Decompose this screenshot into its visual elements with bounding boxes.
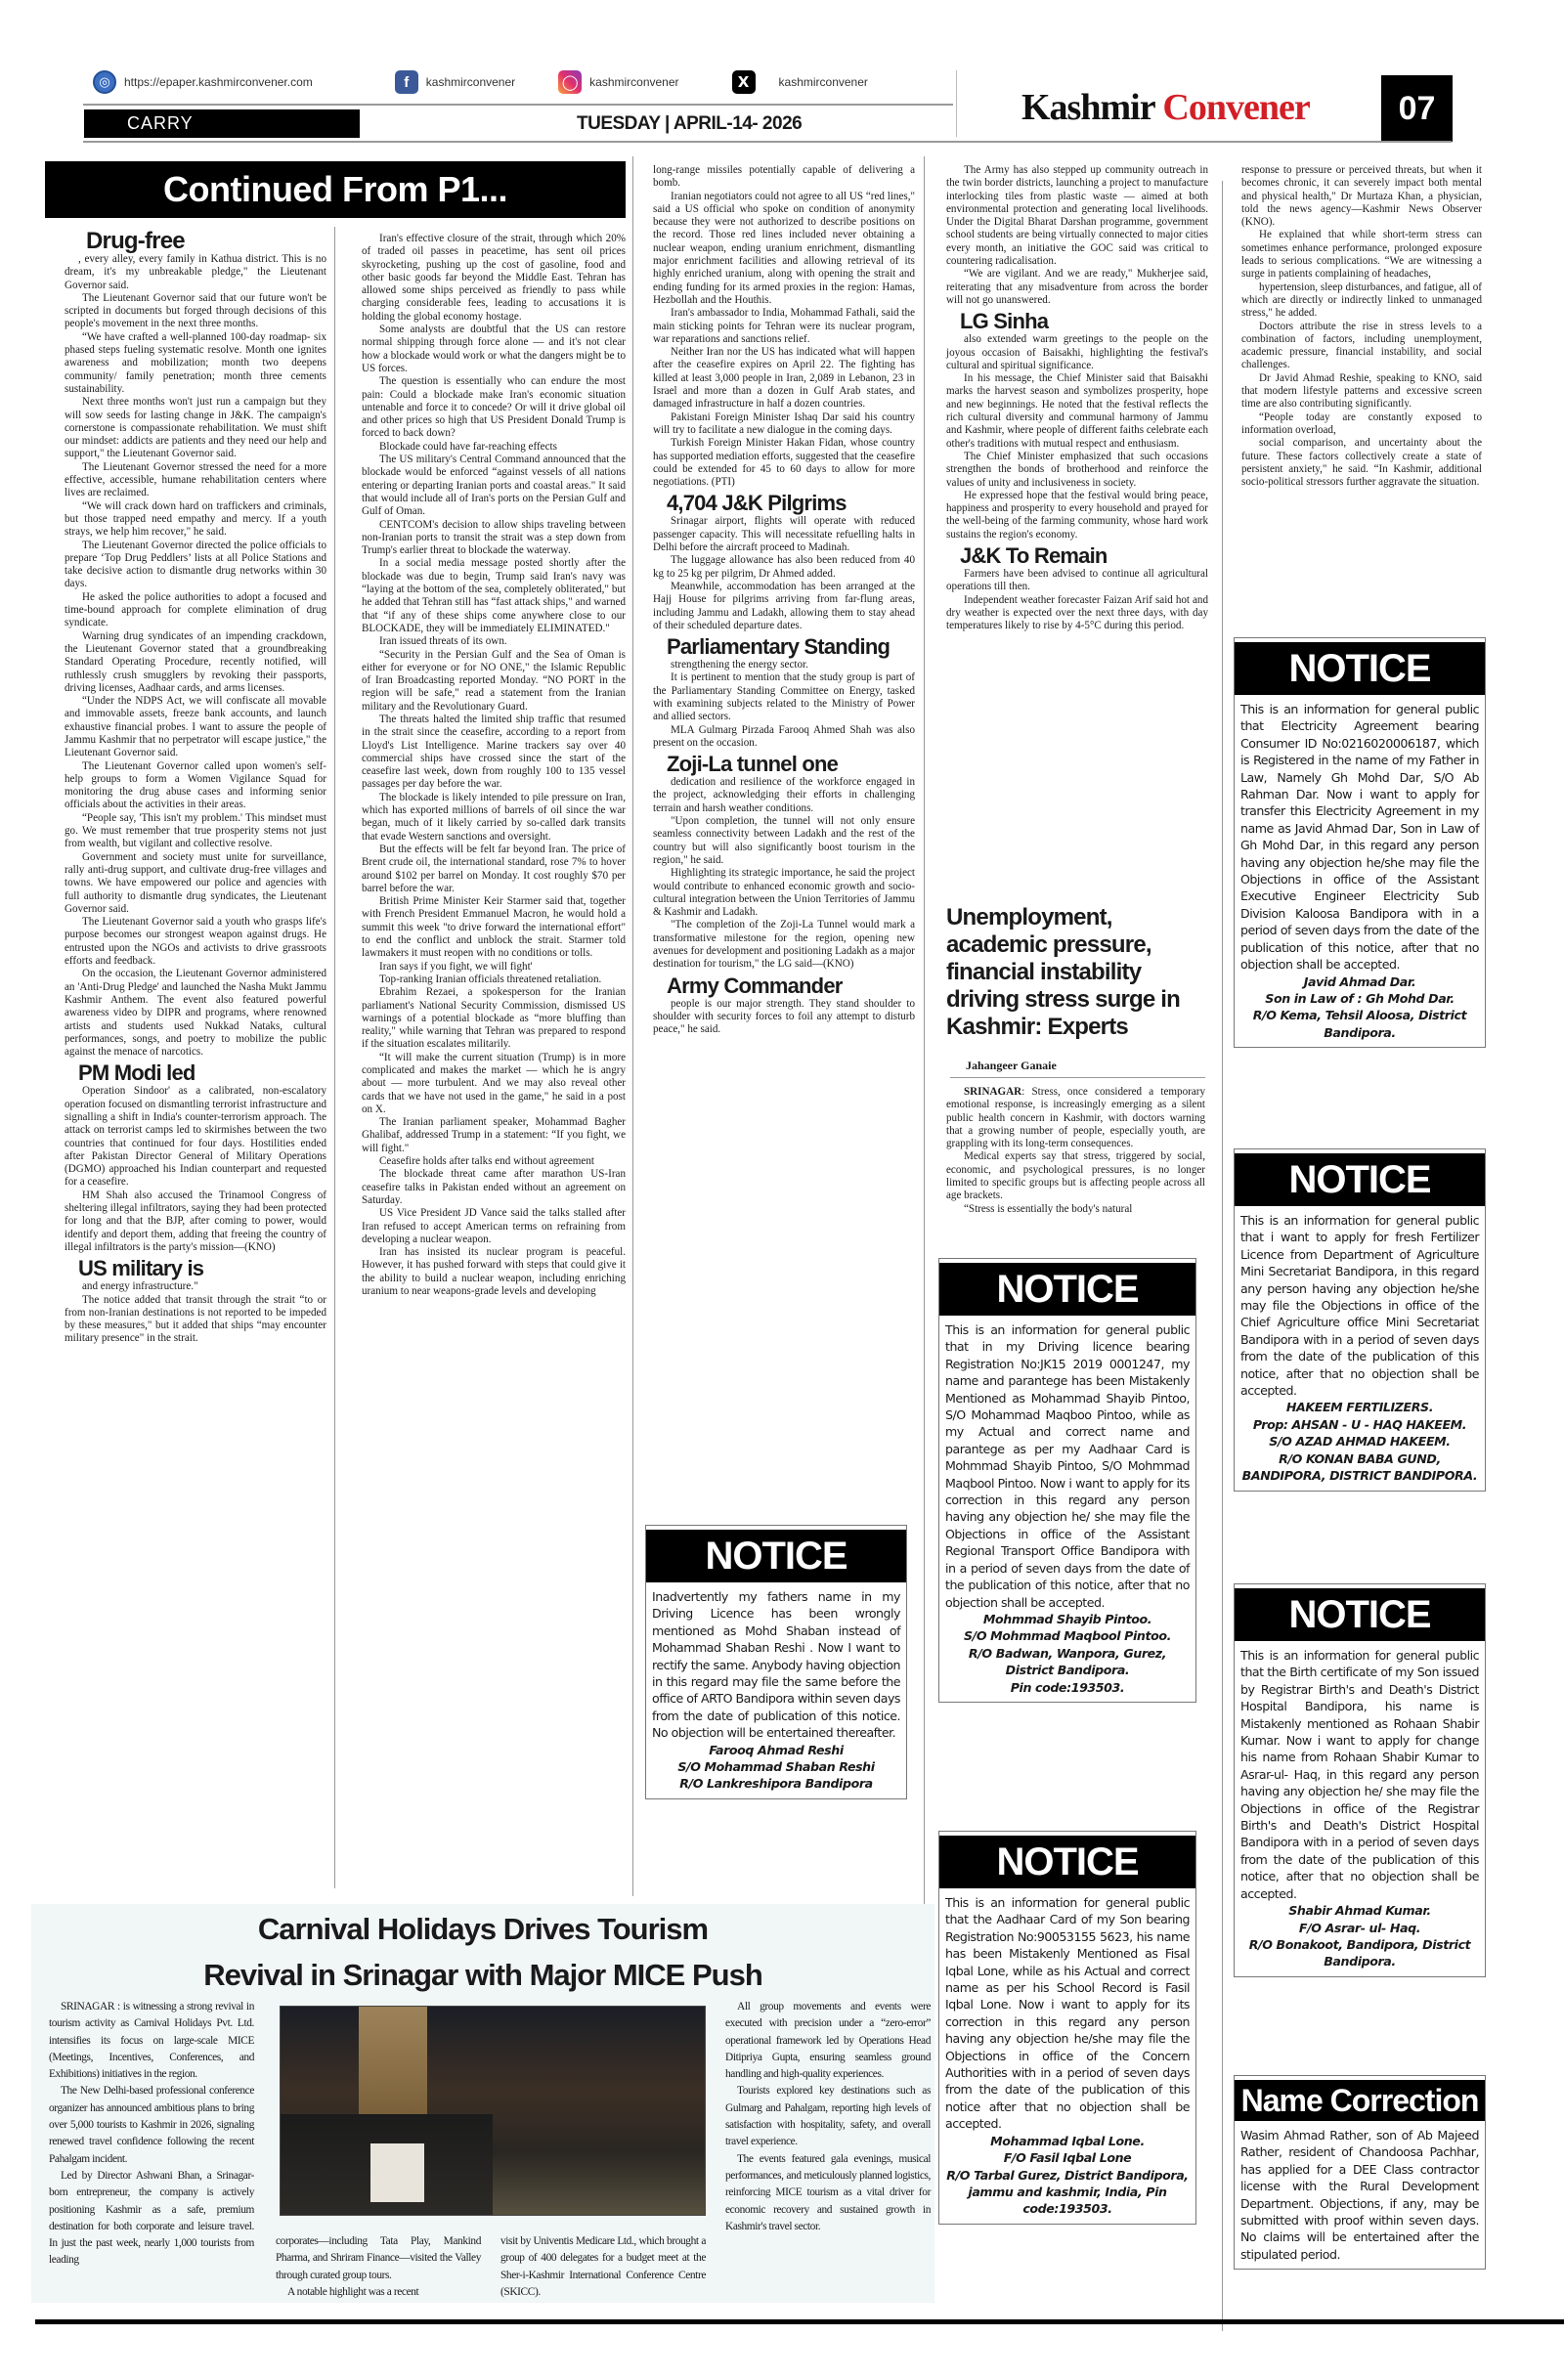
website-url: https://epaper.kashmirconvener.com	[124, 75, 313, 89]
paragraph: He explained that while short-term stres…	[1241, 229, 1482, 281]
paragraph: Iranian negotiators could not agree to a…	[653, 191, 915, 308]
subhead-pilgrims: 4,704 J&K Pilgrims	[667, 491, 915, 515]
paragraph: “People today are constantly exposed to …	[1241, 411, 1482, 438]
feature-headline: Carnival Holidays Drives Tourism Revival…	[31, 1904, 934, 1998]
paragraph: Some analysts are doubtful that the US c…	[362, 324, 626, 375]
subhead-lg-sinha: LG Sinha	[960, 309, 1208, 333]
logo-kashmir: Kashmir	[1021, 87, 1154, 128]
paragraph: CENTCOM's decision to allow ships travel…	[362, 519, 626, 558]
paragraph: Medical experts say that stress, trigger…	[946, 1150, 1205, 1202]
paragraph: "Upon completion, the tunnel will not on…	[653, 815, 915, 867]
paragraph: Ebrahim Rezaei, a spokesperson for the I…	[362, 986, 626, 1051]
paragraph: Iran's ambassador to India, Mohammad Fat…	[653, 307, 915, 346]
signature-line: Javid Ahmad Dar.	[1240, 974, 1479, 990]
paragraph: “Under the NDPS Act, we will confiscate …	[65, 695, 326, 759]
paragraph: Iran has insisted its nuclear program is…	[362, 1246, 626, 1298]
paragraph: Tourists explored key destinations such …	[725, 2083, 931, 2150]
signature-line: Pin code:193503.	[945, 1679, 1190, 1696]
notice-name-correction: Name Correction Wasim Ahmad Rather, son …	[1234, 2075, 1486, 2270]
paragraph: The Lieutenant Governor said a youth who…	[65, 916, 326, 968]
article-stress-continued: response to pressure or perceived threat…	[1241, 164, 1482, 489]
signature-line: Mohmmad Shayib Pintoo.	[945, 1611, 1190, 1627]
article-iran-blockade: Iran's effective closure of the strait, …	[362, 233, 626, 1298]
paragraph: The Lieutenant Governor stressed the nee…	[65, 461, 326, 500]
paragraph: The Lieutenant Governor directed the pol…	[65, 540, 326, 591]
paragraph: Turkish Foreign Minister Hakan Fidan, wh…	[653, 437, 915, 489]
notice-signature: Farooq Ahmad Reshi S/O Mohammad Shaban R…	[646, 1742, 906, 1798]
feature-column-3: visit by Univentis Medicare Ltd., which …	[500, 2233, 706, 2301]
signature-line: R/O Badwan, Wanpora, Gurez,	[945, 1645, 1190, 1662]
paragraph: The Chief Minister emphasized that such …	[946, 451, 1208, 490]
signature-line: S/O Mohmmad Maqbool Pintoo.	[945, 1627, 1190, 1644]
paragraph: The US military's Central Command announ…	[362, 454, 626, 518]
notice-body: This is an information for general publi…	[1235, 1212, 1485, 1399]
paragraph: and energy infrastructure."	[65, 1280, 326, 1293]
instagram-handle: kashmirconvener	[589, 75, 678, 89]
column-divider	[334, 227, 335, 1888]
notice-title: Name Correction	[1235, 2080, 1485, 2121]
paragraph: “Stress is essentially the body's natura…	[946, 1203, 1205, 1216]
feature-column-2: corporates—including Tata Play, Mankind …	[276, 2233, 481, 2301]
header-rule	[83, 104, 953, 106]
stress-body: SRINAGAR: Stress, once considered a temp…	[946, 1086, 1205, 1216]
notice-body: This is an information for general publi…	[939, 1894, 1195, 2133]
feature-column-1: SRINAGAR : is witnessing a strong reviva…	[49, 1999, 254, 2270]
paragraph: The notice added that transit through th…	[65, 1294, 326, 1346]
paragraph: The Army has also stepped up community o…	[946, 164, 1208, 268]
paragraph: British Prime Minister Keir Starmer said…	[362, 895, 626, 960]
signature-line: R/O Bonakoot, Bandipora, District Bandip…	[1240, 1936, 1479, 1970]
signature-line: F/O Asrar- ul- Haq.	[1240, 1920, 1479, 1936]
page-number: 07	[1381, 75, 1453, 142]
paragraph: long-range missiles potentially capable …	[653, 164, 915, 191]
notice-signature: Mohmmad Shayib Pintoo. S/O Mohmmad Maqbo…	[939, 1611, 1195, 1702]
paragraph: Meanwhile, accommodation has been arrang…	[653, 581, 915, 632]
header-divider	[956, 70, 957, 137]
byline-rule	[950, 1077, 1205, 1078]
paragraph: The New Delhi-based professional confere…	[49, 2083, 254, 2167]
paragraph: The events featured gala evenings, music…	[725, 2151, 931, 2235]
paragraph: But the effects will be felt far beyond …	[362, 844, 626, 895]
paragraph: The Iranian parliament speaker, Mohammad…	[362, 1116, 626, 1155]
header-bottom-rule	[83, 141, 1452, 143]
paragraph: "The completion of the Zoji-La Tunnel wo…	[653, 919, 915, 971]
paragraph: Operation Sindoor' as a calibrated, non-…	[65, 1085, 326, 1189]
notice-body: Wasim Ahmad Rather, son of Ab Majeed Rat…	[1235, 2127, 1485, 2269]
notice-signature: Mohammad Iqbal Lone. F/O Fasil Iqbal Lon…	[939, 2133, 1195, 2224]
social-bar: ◎ https://epaper.kashmirconvener.com f k…	[93, 66, 901, 98]
logo-convener: Convener	[1162, 87, 1309, 128]
headline-line: Revival in Srinagar with Major MICE Push	[203, 1958, 762, 1992]
paragraph: It is pertinent to mention that the stud…	[653, 671, 915, 723]
paragraph: “It will make the current situation (Tru…	[362, 1052, 626, 1116]
notice-body: This is an information for general publi…	[1235, 1647, 1485, 1902]
globe-icon: ◎	[93, 70, 116, 94]
column-divider	[1222, 181, 1223, 2331]
notice-title: NOTICE	[1235, 1588, 1485, 1641]
signature-line: Farooq Ahmad Reshi	[652, 1742, 900, 1758]
instagram-icon: ◯	[558, 70, 582, 94]
paragraph: Farmers have been advised to continue al…	[946, 568, 1208, 594]
subhead-parliamentary: Parliamentary Standing	[667, 634, 915, 659]
paragraph: A notable highlight was a recent	[276, 2284, 481, 2301]
paragraph: MLA Gulmarg Pirzada Farooq Ahmed Shah wa…	[653, 724, 915, 751]
article-drug-free: Drug-free , every alley, every family in…	[65, 227, 326, 1346]
signature-line: F/O Fasil Iqbal Lone	[945, 2149, 1190, 2166]
signature-line: Shabir Ahmad Kumar.	[1240, 1902, 1479, 1919]
signature-line: R/O Kema, Tehsil Aloosa, District Bandip…	[1240, 1007, 1479, 1041]
paragraph: Neither Iran nor the US has indicated wh…	[653, 346, 915, 411]
paragraph: Iran says if you fight, we will fight'	[362, 961, 626, 974]
paragraph: , every alley, every family in Kathua di…	[65, 253, 326, 292]
paragraph: Iran issued threats of its own.	[362, 635, 626, 648]
signature-line: Prop: AHSAN - U - HAQ HAKEEM.	[1240, 1416, 1479, 1433]
paragraph: The Lieutenant Governor called upon wome…	[65, 760, 326, 812]
paragraph: In a social media message posted shortly…	[362, 557, 626, 635]
paragraph: “We have crafted a well-planned 100-day …	[65, 331, 326, 396]
paragraph: Independent weather forecaster Faizan Ar…	[946, 594, 1208, 633]
continued-banner: Continued From P1...	[45, 161, 626, 218]
subhead-army-commander: Army Commander	[667, 974, 915, 998]
paragraph: The threats halted the limited ship traf…	[362, 714, 626, 792]
paragraph: US Vice President JD Vance said the talk…	[362, 1207, 626, 1246]
section-label: CARRY	[84, 109, 360, 138]
paragraph: He expressed hope that the festival woul…	[946, 490, 1208, 541]
paragraph: HM Shah also accused the Trinamool Congr…	[65, 1190, 326, 1254]
notice-electricity-agreement: NOTICE This is an information for genera…	[1234, 637, 1486, 1048]
article-stress-surge: Unemployment, academic pressure, financi…	[946, 904, 1205, 1216]
feature-column-4: All group movements and events were exec…	[725, 1999, 931, 2235]
website-link[interactable]: ◎ https://epaper.kashmirconvener.com	[93, 70, 313, 94]
dateline: SRINAGAR	[964, 1086, 1021, 1098]
subhead-drug-free: Drug-free	[86, 229, 326, 253]
paragraph: hypertension, sleep disturbances, and fa…	[1241, 281, 1482, 321]
notice-fertilizer-licence: NOTICE This is an information for genera…	[1234, 1148, 1486, 1492]
column-3-articles: long-range missiles potentially capable …	[653, 164, 915, 1037]
signature-line: District Bandipora.	[945, 1662, 1190, 1678]
paragraph: Warning drug syndicates of an impending …	[65, 630, 326, 695]
paragraph: dedication and resilience of the workfor…	[653, 776, 915, 815]
paragraph: people is our major strength. They stand…	[653, 998, 915, 1037]
x-icon: X	[732, 70, 756, 94]
paragraph: visit by Univentis Medicare Ltd., which …	[500, 2233, 706, 2301]
paragraph: Government and society must unite for su…	[65, 851, 326, 916]
paragraph: also extended warm greetings to the peop…	[946, 333, 1208, 372]
paragraph: corporates—including Tata Play, Mankind …	[276, 2233, 481, 2284]
signature-line: S/O Mohammad Shaban Reshi	[652, 1758, 900, 1775]
paragraph: The blockade threat came after marathon …	[362, 1168, 626, 1207]
signature-line: Mohammad Iqbal Lone.	[945, 2133, 1190, 2149]
paragraph: “We will crack down hard on traffickers …	[65, 500, 326, 540]
paragraph: social comparison, and uncertainty about…	[1241, 437, 1482, 489]
paragraph: Blockade could have far-reaching effects	[362, 441, 626, 454]
paragraph: Dr Javid Ahmad Reshie, speaking to KNO, …	[1241, 372, 1482, 411]
issue-date: TUESDAY | APRIL-14- 2026	[577, 113, 802, 135]
masthead-logo: Kashmir Convener	[1021, 86, 1310, 129]
paragraph: The blockade is likely intended to pile …	[362, 792, 626, 844]
paragraph: All group movements and events were exec…	[725, 1999, 931, 2083]
byline: Jahangeer Ganaie	[966, 1059, 1205, 1073]
paragraph: Next three months won't just run a campa…	[65, 396, 326, 460]
instagram-link[interactable]: ◯ kashmirconvener	[558, 70, 678, 94]
paragraph: Pakistani Foreign Minister Ishaq Dar sai…	[653, 411, 915, 438]
signature-line: Son in Law of : Gh Mohd Dar.	[1240, 990, 1479, 1007]
notice-body: This is an information for general publi…	[939, 1321, 1195, 1611]
paragraph: In his message, the Chief Minister said …	[946, 372, 1208, 451]
paragraph: The Lieutenant Governor said that our fu…	[65, 292, 326, 331]
notice-signature: Javid Ahmad Dar. Son in Law of : Gh Mohd…	[1235, 974, 1485, 1048]
signature-line: BANDIPORA, DISTRICT BANDIPORA.	[1240, 1467, 1479, 1484]
facebook-icon: f	[395, 70, 418, 94]
subhead-zojila: Zoji-La tunnel one	[667, 752, 915, 776]
notice-driving-licence-reshi: NOTICE Inadvertently my fathers name in …	[645, 1525, 907, 1799]
stress-headline: Unemployment, academic pressure, financi…	[946, 904, 1205, 1041]
paragraph: SRINAGAR : is witnessing a strong reviva…	[49, 1999, 254, 2083]
signature-line: S/O AZAD AHMAD HAKEEM.	[1240, 1433, 1479, 1450]
paragraph: “We are vigilant. And we are ready," Muk…	[946, 268, 1208, 307]
page-bottom-rule	[35, 2319, 1564, 2324]
signature-line: R/O Tarbal Gurez, District Bandipora, ja…	[945, 2167, 1190, 2218]
banner-shape	[370, 2143, 424, 2202]
notice-title: NOTICE	[646, 1530, 906, 1582]
notice-body: Inadvertently my fathers name in my Driv…	[646, 1588, 906, 1742]
paragraph: The luggage allowance has also been redu…	[653, 554, 915, 581]
paragraph: Srinagar airport, flights will operate w…	[653, 515, 915, 554]
notice-title: NOTICE	[1235, 1153, 1485, 1206]
column-divider	[632, 156, 633, 1896]
notice-signature: HAKEEM FERTILIZERS. Prop: AHSAN - U - HA…	[1235, 1399, 1485, 1490]
paragraph: On the occasion, the Lieutenant Governor…	[65, 968, 326, 1059]
notice-title: NOTICE	[939, 1263, 1195, 1316]
clock-tower-shape	[359, 2007, 427, 2124]
facebook-handle: kashmirconvener	[426, 75, 515, 89]
paragraph: Highlighting its strategic importance, h…	[653, 867, 915, 919]
notice-signature: Shabir Ahmad Kumar. F/O Asrar- ul- Haq. …	[1235, 1902, 1485, 1976]
subhead-pm-modi: PM Modi led	[78, 1060, 326, 1085]
paragraph: “People say, 'This isn't my problem.' Th…	[65, 812, 326, 851]
paragraph: The question is essentially who can endu…	[362, 375, 626, 440]
paragraph: Led by Director Ashwani Bhan, a Srinagar…	[49, 2168, 254, 2270]
subhead-jk-remain: J&K To Remain	[960, 543, 1208, 568]
column-4-articles: The Army has also stepped up community o…	[946, 164, 1208, 633]
paragraph: Doctors attribute the rise in stress lev…	[1241, 321, 1482, 372]
paragraph: Ceasefire holds after talks end without …	[362, 1155, 626, 1168]
signature-line: R/O Lankreshipora Bandipora	[652, 1775, 900, 1792]
signature-line: HAKEEM FERTILIZERS.	[1240, 1399, 1479, 1415]
facebook-link[interactable]: f kashmirconvener	[395, 70, 515, 94]
notice-title: NOTICE	[939, 1836, 1195, 1888]
notice-body: This is an information for general publi…	[1235, 701, 1485, 974]
paragraph: Iran's effective closure of the strait, …	[362, 233, 626, 324]
carnival-holidays-feature: Carnival Holidays Drives Tourism Revival…	[31, 1904, 934, 2303]
notice-title: NOTICE	[1235, 642, 1485, 695]
paragraph: “Security in the Persian Gulf and the Se…	[362, 649, 626, 714]
x-link[interactable]: X kashmirconvener	[732, 70, 868, 94]
headline-line: Carnival Holidays Drives Tourism	[258, 1912, 708, 1946]
notice-birth-certificate: NOTICE This is an information for genera…	[1234, 1583, 1486, 1977]
notice-driving-licence-pintoo: NOTICE This is an information for genera…	[938, 1258, 1196, 1703]
subhead-us-military: US military is	[78, 1256, 326, 1280]
signature-line: R/O KONAN BABA GUND,	[1240, 1450, 1479, 1467]
paragraph: strengthening the energy sector.	[653, 659, 915, 671]
paragraph: response to pressure or perceived threat…	[1241, 164, 1482, 229]
notice-aadhaar-lone: NOTICE This is an information for genera…	[938, 1831, 1196, 2225]
x-handle: kashmirconvener	[779, 75, 868, 89]
paragraph: He asked the police authorities to adopt…	[65, 591, 326, 630]
paragraph: Top-ranking Iranian officials threatened…	[362, 974, 626, 986]
group-photo	[280, 2006, 706, 2216]
